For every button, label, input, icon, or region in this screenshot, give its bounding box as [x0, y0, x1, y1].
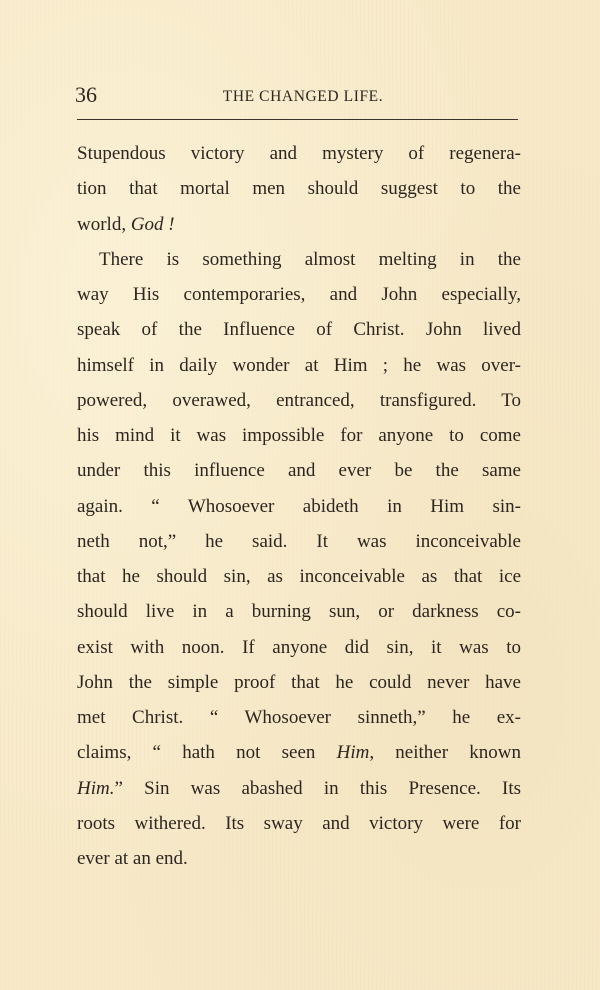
- text-line: way His contemporaries, and John especia…: [77, 277, 521, 312]
- text-line: claims, “ hath not seen Him, neither kno…: [77, 735, 521, 770]
- text-segment: ” Sin was abashed in this Presence. Its: [114, 778, 521, 799]
- text-line: met Christ. “ Whosoever sinneth,” he ex-: [77, 700, 521, 735]
- text-line: neth not,” he said. It was inconceivable: [77, 524, 521, 559]
- text-line: powered, overawed, entranced, transfigur…: [77, 383, 521, 418]
- text-line: speak of the Influence of Christ. John l…: [77, 312, 521, 347]
- text-line: again. “ Whosoever abideth in Him sin-: [77, 489, 521, 524]
- text-line: Him.” Sin was abashed in this Presence. …: [77, 771, 521, 806]
- text-segment: claims, “ hath not seen: [77, 742, 337, 763]
- text-line: that he should sin, as inconceivable as …: [77, 559, 521, 594]
- text-line: Stupendous victory and mystery of regene…: [77, 136, 521, 171]
- text-line: ever at an end.: [77, 841, 521, 876]
- italic-text: God !: [131, 214, 175, 235]
- running-title: THE CHANGED LIFE.: [77, 82, 521, 112]
- body-text: Stupendous victory and mystery of regene…: [77, 136, 521, 876]
- text-line: world, God !: [77, 207, 521, 242]
- running-head: 36 THE CHANGED LIFE.: [77, 80, 521, 110]
- text-line: his mind it was impossible for anyone to…: [77, 418, 521, 453]
- header-rule: [77, 119, 518, 120]
- text-line: roots withered. Its sway and victory wer…: [77, 806, 521, 841]
- text-segment: world,: [77, 214, 131, 235]
- text-segment: , neither known: [369, 742, 521, 763]
- paragraph-first-line: There is something almost melting in the: [77, 242, 521, 277]
- text-line: John the simple proof that he could neve…: [77, 665, 521, 700]
- text-line: should live in a burning sun, or darknes…: [77, 594, 521, 629]
- text-line: exist with noon. If anyone did sin, it w…: [77, 630, 521, 665]
- italic-text: Him: [337, 742, 370, 763]
- text-line: himself in daily wonder at Him ; he was …: [77, 348, 521, 383]
- text-line: under this influence and ever be the sam…: [77, 453, 521, 488]
- text-line: tion that mortal men should suggest to t…: [77, 171, 521, 206]
- italic-text: Him.: [77, 778, 114, 799]
